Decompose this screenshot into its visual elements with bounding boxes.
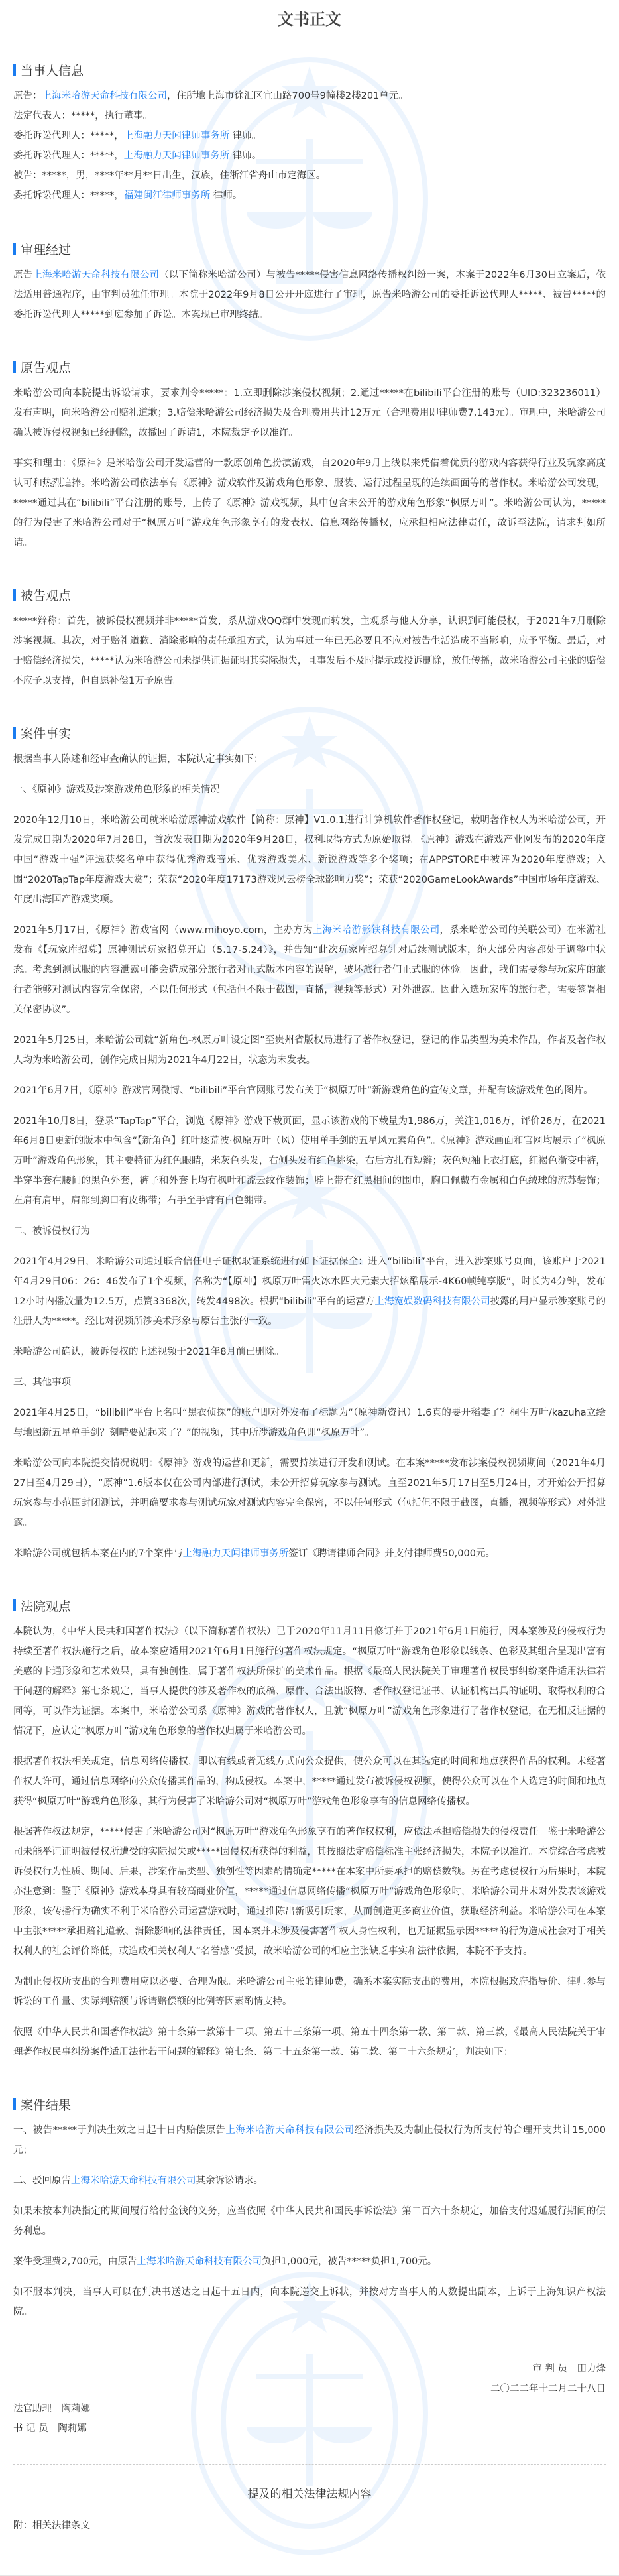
party-detail: ，住所地上海市徐汇区宜山路700号9幢楼2楼201单元。 <box>167 91 408 101</box>
judgment-date: 二〇二二年十二月二十八日 <box>13 2379 606 2399</box>
text-run: 签订《聘请律师合同》并支付律师费50,000元。 <box>288 1548 495 1559</box>
section-heading-text: 法院观点 <box>21 1597 71 1615</box>
party-label: 原告： <box>13 91 42 101</box>
related-laws-heading: 提及的相关法律法规内容 <box>13 2484 606 2501</box>
section-heading-trial-process: 审理经过 <box>13 239 606 259</box>
section-heading-text: 被告观点 <box>21 586 71 604</box>
company-link[interactable]: 上海米哈游天命科技有限公司 <box>32 270 159 280</box>
text-run: 2021年5月17日，《原神》游戏官网（www.mihoyo.com，主办方为 <box>13 925 313 936</box>
text-run: 其余诉讼请求。 <box>196 2176 264 2186</box>
law-firm-link[interactable]: 上海融力天闻律师事务所 <box>183 1548 289 1559</box>
result-item: 如不服本判决，当事人可以在判决书送达之日起十五日内，向本院递交上诉状，并按对方当… <box>13 2282 606 2322</box>
court-view-paragraph: 本院认为，《中华人民共和国著作权法》（以下简称著作权法）已于2020年11月11… <box>13 1622 606 1741</box>
result-item: 二、驳回原告上海米哈游天命科技有限公司其余诉讼请求。 <box>13 2171 606 2191</box>
company-link[interactable]: 上海米哈游天命科技有限公司 <box>42 91 168 101</box>
company-link[interactable]: 上海米哈游天命科技有限公司 <box>137 2256 262 2267</box>
facts-paragraph: 米哈游公司向本院提交情况说明：《原神》游戏的运营和更新，需要持续进行开发和测试。… <box>13 1453 606 1533</box>
party-legal-representative: 法定代表人：*****，执行董事。 <box>13 106 606 126</box>
judge-signature: 审 判 员 田力烽 <box>13 2359 606 2379</box>
trial-process-paragraph: 原告上海米哈游天命科技有限公司（以下简称米哈游公司）与被告*****侵害信息网络… <box>13 265 606 325</box>
section-bar-icon <box>13 589 16 601</box>
facts-subheading-3: 三、其他事项 <box>13 1373 606 1392</box>
text-run: 负担1,000元，被告*****负担1,700元。 <box>262 2256 437 2267</box>
text-run: 二、驳回原告 <box>13 2176 71 2186</box>
party-defendant-agent: 委托诉讼代理人：*****，福建闽江律师事务所 律师。 <box>13 186 606 206</box>
party-label: 委托诉讼代理人：*****， <box>13 131 124 141</box>
party-detail: 律师。 <box>229 131 261 141</box>
party-label: 委托诉讼代理人：*****， <box>13 190 124 201</box>
section-heading-text: 案件结果 <box>21 2095 71 2113</box>
party-detail: 律师。 <box>229 151 261 161</box>
facts-paragraph: 米哈游公司确认，被诉侵权的上述视频于2021年8月前已删除。 <box>13 1342 606 1362</box>
party-detail: 律师。 <box>210 190 242 201</box>
party-plaintiff-agent-2: 委托诉讼代理人：*****，上海融力天闻律师事务所 律师。 <box>13 146 606 166</box>
section-bar-icon <box>13 361 16 373</box>
page-title: 文书正文 <box>13 0 606 48</box>
company-link[interactable]: 上海米哈游影铁科技有限公司 <box>313 925 440 936</box>
facts-paragraph: 2021年5月17日，《原神》游戏官网（www.mihoyo.com，主办方为上… <box>13 920 606 1020</box>
section-bar-icon <box>13 64 16 76</box>
section-heading-court-view: 法院观点 <box>13 1595 606 1615</box>
related-laws-appendix: 附：相关法律条文 <box>13 2516 606 2536</box>
company-link[interactable]: 上海米哈游天命科技有限公司 <box>71 2176 196 2186</box>
section-divider <box>13 2464 606 2465</box>
section-heading-result: 案件结果 <box>13 2094 606 2114</box>
facts-paragraph: 米哈游公司就包括本案在内的7个案件与上海融力天闻律师事务所签订《聘请律师合同》并… <box>13 1544 606 1564</box>
document-page: 文书正文 当事人信息 原告：上海米哈游天命科技有限公司，住所地上海市徐汇区宜山路… <box>0 0 619 2576</box>
company-link[interactable]: 上海米哈游天命科技有限公司 <box>225 2125 354 2136</box>
party-label: 被告：*****，男，****年**月**日出生，汉族，住浙江省舟山市定海区。 <box>13 170 325 181</box>
facts-paragraph: 2021年4月25日，“bilibili”平台上名叫“黑衣侦探”的账户即对外发布… <box>13 1403 606 1443</box>
facts-intro: 根据当事人陈述和经审查确认的证据，本院认定事实如下： <box>13 749 606 769</box>
section-heading-case-facts: 案件事实 <box>13 723 606 743</box>
text-run: 原告 <box>13 270 32 280</box>
law-firm-link[interactable]: 福建闽江律师事务所 <box>124 190 211 201</box>
defendant-argument-paragraph: *****辩称：首先，被诉侵权视频并非*****首发，系从游戏QQ群中发现而转发… <box>13 611 606 691</box>
section-heading-defendant-view: 被告观点 <box>13 585 606 605</box>
law-firm-link[interactable]: 上海融力天闻律师事务所 <box>124 151 230 161</box>
facts-subheading-2: 二、被诉侵权行为 <box>13 1221 606 1241</box>
section-heading-parties: 当事人信息 <box>13 60 606 80</box>
result-item: 案件受理费2,700元，由原告上海米哈游天命科技有限公司负担1,000元，被告*… <box>13 2252 606 2272</box>
section-bar-icon <box>13 727 16 739</box>
text-run: 一、被告*****于判决生效之日起十日内赔偿原告 <box>13 2125 225 2136</box>
facts-paragraph: 2021年6月7日，《原神》游戏官网微博、“bilibili”平台官网账号发布关… <box>13 1081 606 1101</box>
section-heading-text: 审理经过 <box>21 240 71 258</box>
text-run: ，系米哈游公司的关联公司）在米游社发布《【玩家库招募】原神测试玩家招募开启（5.… <box>13 925 606 1015</box>
facts-subheading-1: 一、《原神》游戏及涉案游戏角色形象的相关情况 <box>13 780 606 800</box>
section-heading-plaintiff-view: 原告观点 <box>13 357 606 377</box>
document-content: 文书正文 当事人信息 原告：上海米哈游天命科技有限公司，住所地上海市徐汇区宜山路… <box>13 0 606 2536</box>
court-view-paragraph: 根据著作权法相关规定，信息网络传播权，即以有线或者无线方式向公众提供，使公众可以… <box>13 1752 606 1811</box>
party-plaintiff-agent-1: 委托诉讼代理人：*****，上海融力天闻律师事务所 律师。 <box>13 126 606 146</box>
court-clerk: 书 记 员 陶莉娜 <box>13 2419 606 2439</box>
section-bar-icon <box>13 243 16 255</box>
result-item: 如果未按本判决指定的期间履行给付金钱的义务，应当依照《中华人民共和国民事诉讼法》… <box>13 2201 606 2241</box>
section-bar-icon <box>13 2098 16 2110</box>
facts-paragraph: 2021年4月29日，米哈游公司通过联合信任电子证据取证系统进行如下证据保全：进… <box>13 1252 606 1331</box>
plaintiff-reasons-paragraph: 事实和理由：《原神》是米哈游公司开发运营的一款原创角色扮演游戏，自2020年9月… <box>13 454 606 553</box>
facts-paragraph: 2021年5月25日，米哈游公司就“新角色-枫原万叶设定图”至贵州省版权局进行了… <box>13 1030 606 1070</box>
court-view-paragraph: 根据著作权法规定，*****侵害了米哈游公司对“枫原万叶”游戏角色形象享有的著作… <box>13 1822 606 1961</box>
section-heading-text: 当事人信息 <box>21 61 84 79</box>
party-plaintiff: 原告：上海米哈游天命科技有限公司，住所地上海市徐汇区宜山路700号9幢楼2楼20… <box>13 86 606 106</box>
party-defendant: 被告：*****，男，****年**月**日出生，汉族，住浙江省舟山市定海区。 <box>13 166 606 186</box>
section-bar-icon <box>13 1599 16 1611</box>
court-view-paragraph: 为制止侵权所支出的合理费用应以必要、合理为限。米哈游公司主张的律师费，确系本案实… <box>13 1972 606 2012</box>
court-view-paragraph: 依照《中华人民共和国著作权法》第十条第一款第十二项、第五十三条第一项、第五十四条… <box>13 2022 606 2062</box>
law-firm-link[interactable]: 上海融力天闻律师事务所 <box>124 131 230 141</box>
party-label: 委托诉讼代理人：*****， <box>13 151 124 161</box>
facts-paragraph: 2021年10月8日，登录“TapTap”平台，浏览《原神》游戏下载页面，显示该… <box>13 1111 606 1211</box>
result-item: 一、被告*****于判决生效之日起十日内赔偿原告上海米哈游天命科技有限公司经济损… <box>13 2120 606 2160</box>
company-link[interactable]: 上海宽娱数码科技有限公司 <box>374 1296 490 1307</box>
text-run: 案件受理费2,700元，由原告 <box>13 2256 137 2267</box>
text-run: 米哈游公司就包括本案在内的7个案件与 <box>13 1548 183 1559</box>
facts-paragraph: 2020年12月10日，米哈游公司就米哈游原神游戏软件【简称：原神】V1.0.1… <box>13 810 606 910</box>
judge-assistant: 法官助理 陶莉娜 <box>13 2399 606 2419</box>
section-heading-text: 原告观点 <box>21 358 71 376</box>
plaintiff-claims-paragraph: 米哈游公司向本院提出诉讼请求，要求判令*****：1.立即删除涉案侵权视频；2.… <box>13 383 606 443</box>
party-label: 法定代表人：*****，执行董事。 <box>13 111 152 121</box>
section-heading-text: 案件事实 <box>21 724 71 742</box>
